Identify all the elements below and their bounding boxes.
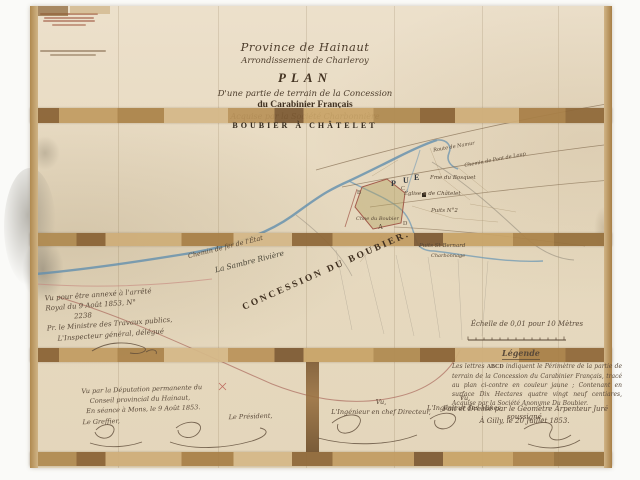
scale-bar — [468, 337, 566, 341]
signature-squiggle — [318, 415, 417, 444]
signature-squiggle — [170, 422, 266, 447]
red-check-mark — [219, 383, 226, 390]
signature-squiggle — [90, 425, 142, 447]
signatures-overlay — [0, 0, 640, 480]
signature-squiggle — [524, 422, 580, 447]
signature-squiggle — [92, 343, 156, 354]
signature-squiggles — [90, 343, 580, 448]
scanned-map-page: P U E A B C D Province de Hainaut Arrond… — [0, 0, 640, 480]
signature-squiggle — [430, 413, 456, 429]
